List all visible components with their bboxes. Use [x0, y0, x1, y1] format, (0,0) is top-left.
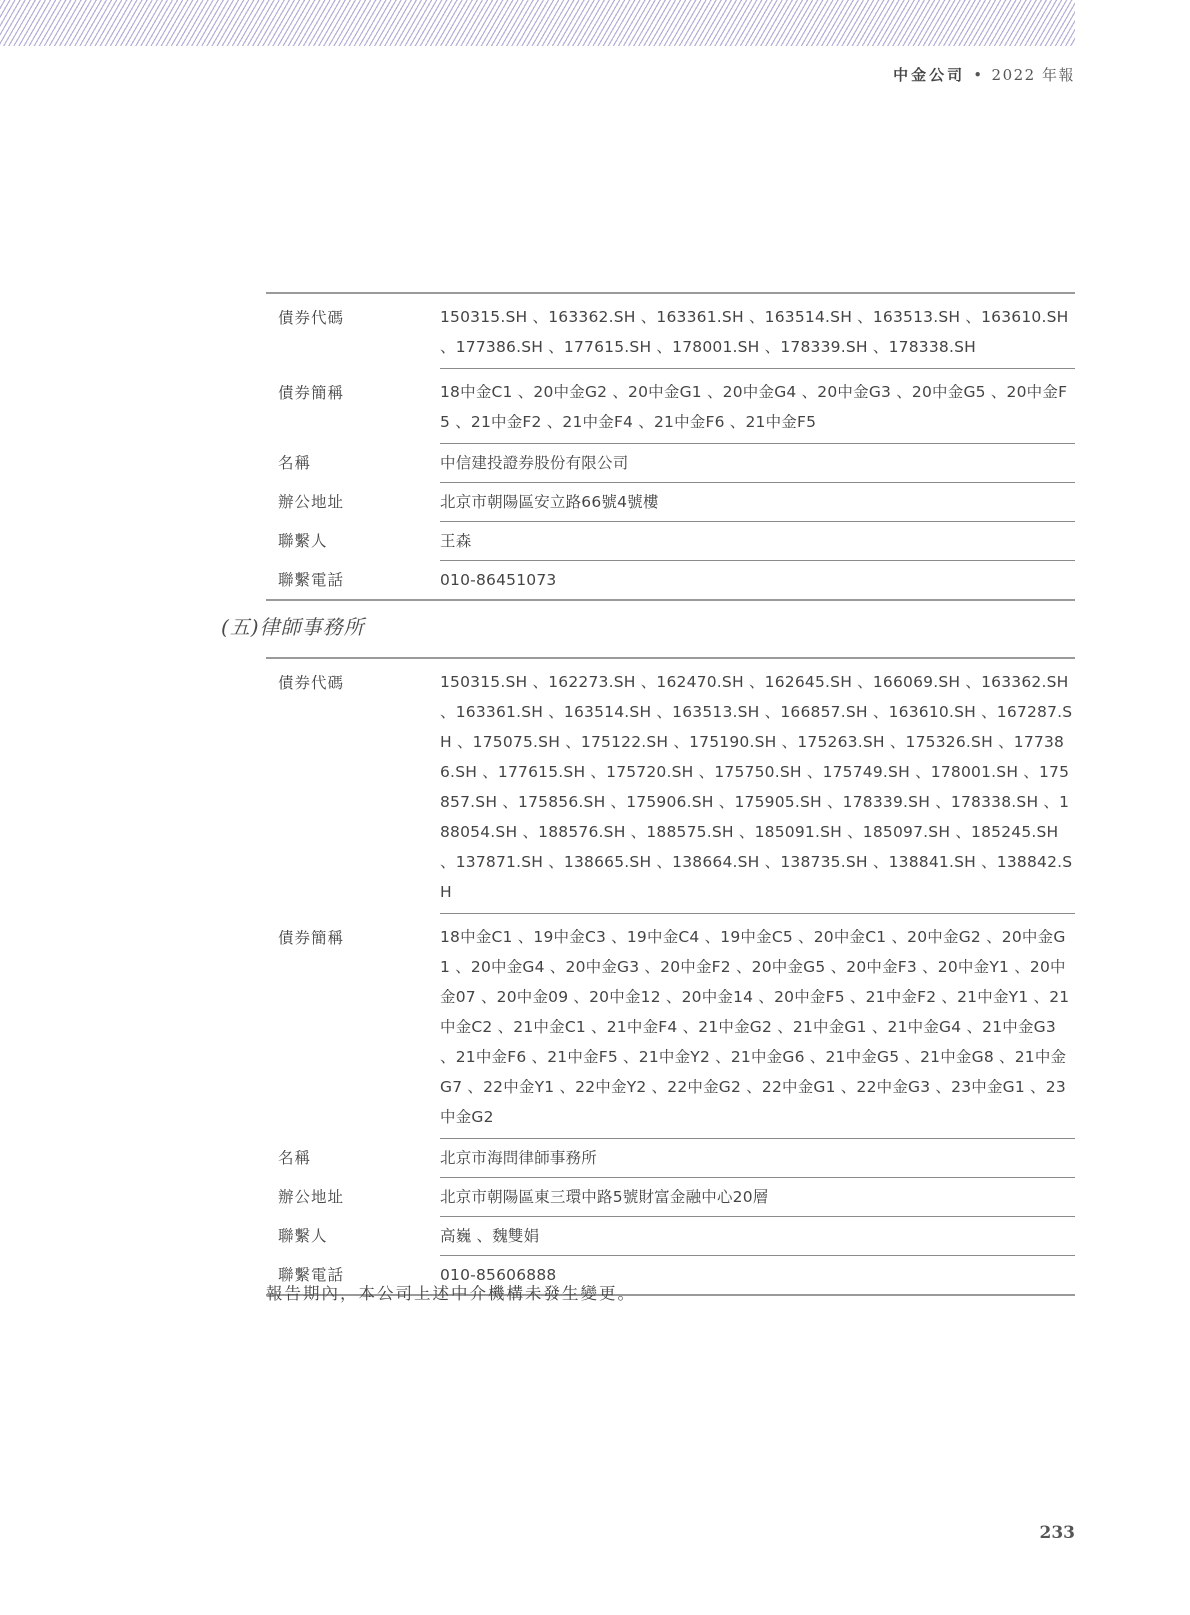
company-name: 中金公司 — [893, 66, 965, 84]
row-value: 010-86451073 — [440, 561, 1075, 601]
law-firm-info-table: 債券代碼 150315.SH 、162273.SH 、162470.SH 、16… — [266, 657, 1075, 1296]
decorative-stripe-banner — [0, 0, 1075, 46]
table-row: 名稱 北京市海問律師事務所 — [266, 1139, 1075, 1178]
row-label: 債券代碼 — [266, 658, 440, 914]
row-value: 北京市朝陽區東三環中路5號財富金融中心20層 — [440, 1178, 1075, 1217]
row-value: 18中金C1 、19中金C3 、19中金C4 、19中金C5 、20中金C1 、… — [440, 914, 1075, 1139]
row-label: 名稱 — [266, 1139, 440, 1178]
row-value: 150315.SH 、162273.SH 、162470.SH 、162645.… — [440, 658, 1075, 914]
table-row: 聯繫人 王森 — [266, 522, 1075, 561]
header-separator: • — [973, 66, 983, 84]
row-value: 18中金C1 、20中金G2 、20中金G1 、20中金G4 、20中金G3 、… — [440, 369, 1075, 444]
running-header: 中金公司•2022 年報 — [893, 64, 1075, 85]
table-row: 聯繫人 高巍 、魏雙娟 — [266, 1217, 1075, 1256]
row-label: 名稱 — [266, 444, 440, 483]
table-row: 債券簡稱 18中金C1 、19中金C3 、19中金C4 、19中金C5 、20中… — [266, 914, 1075, 1139]
page-number: 233 — [1040, 1523, 1076, 1543]
row-value: 北京市朝陽區安立路66號4號樓 — [440, 483, 1075, 522]
table-row: 聯繫電話 010-86451073 — [266, 561, 1075, 601]
table-row: 辦公地址 北京市朝陽區東三環中路5號財富金融中心20層 — [266, 1178, 1075, 1217]
row-label: 聯繫電話 — [266, 561, 440, 601]
table-row: 辦公地址 北京市朝陽區安立路66號4號樓 — [266, 483, 1075, 522]
table-row: 名稱 中信建投證券股份有限公司 — [266, 444, 1075, 483]
row-label: 辦公地址 — [266, 1178, 440, 1217]
row-value: 高巍 、魏雙娟 — [440, 1217, 1075, 1256]
row-label: 聯繫人 — [266, 522, 440, 561]
row-value: 150315.SH 、163362.SH 、163361.SH 、163514.… — [440, 293, 1075, 369]
row-value: 中信建投證券股份有限公司 — [440, 444, 1075, 483]
footnote-text: 報告期內，本公司上述中介機構未發生變更。 — [266, 1280, 636, 1304]
row-label: 債券代碼 — [266, 293, 440, 369]
row-label: 債券簡稱 — [266, 914, 440, 1139]
row-label: 聯繫人 — [266, 1217, 440, 1256]
row-value: 王森 — [440, 522, 1075, 561]
section-heading: (五)律師事務所 — [221, 611, 365, 640]
report-title: 2022 年報 — [992, 66, 1075, 84]
table-row: 債券代碼 150315.SH 、162273.SH 、162470.SH 、16… — [266, 658, 1075, 914]
row-label: 債券簡稱 — [266, 369, 440, 444]
table-row: 債券代碼 150315.SH 、163362.SH 、163361.SH 、16… — [266, 293, 1075, 369]
row-value: 北京市海問律師事務所 — [440, 1139, 1075, 1178]
row-label: 辦公地址 — [266, 483, 440, 522]
table-row: 債券簡稱 18中金C1 、20中金G2 、20中金G1 、20中金G4 、20中… — [266, 369, 1075, 444]
underwriter-info-table: 債券代碼 150315.SH 、163362.SH 、163361.SH 、16… — [266, 292, 1075, 601]
